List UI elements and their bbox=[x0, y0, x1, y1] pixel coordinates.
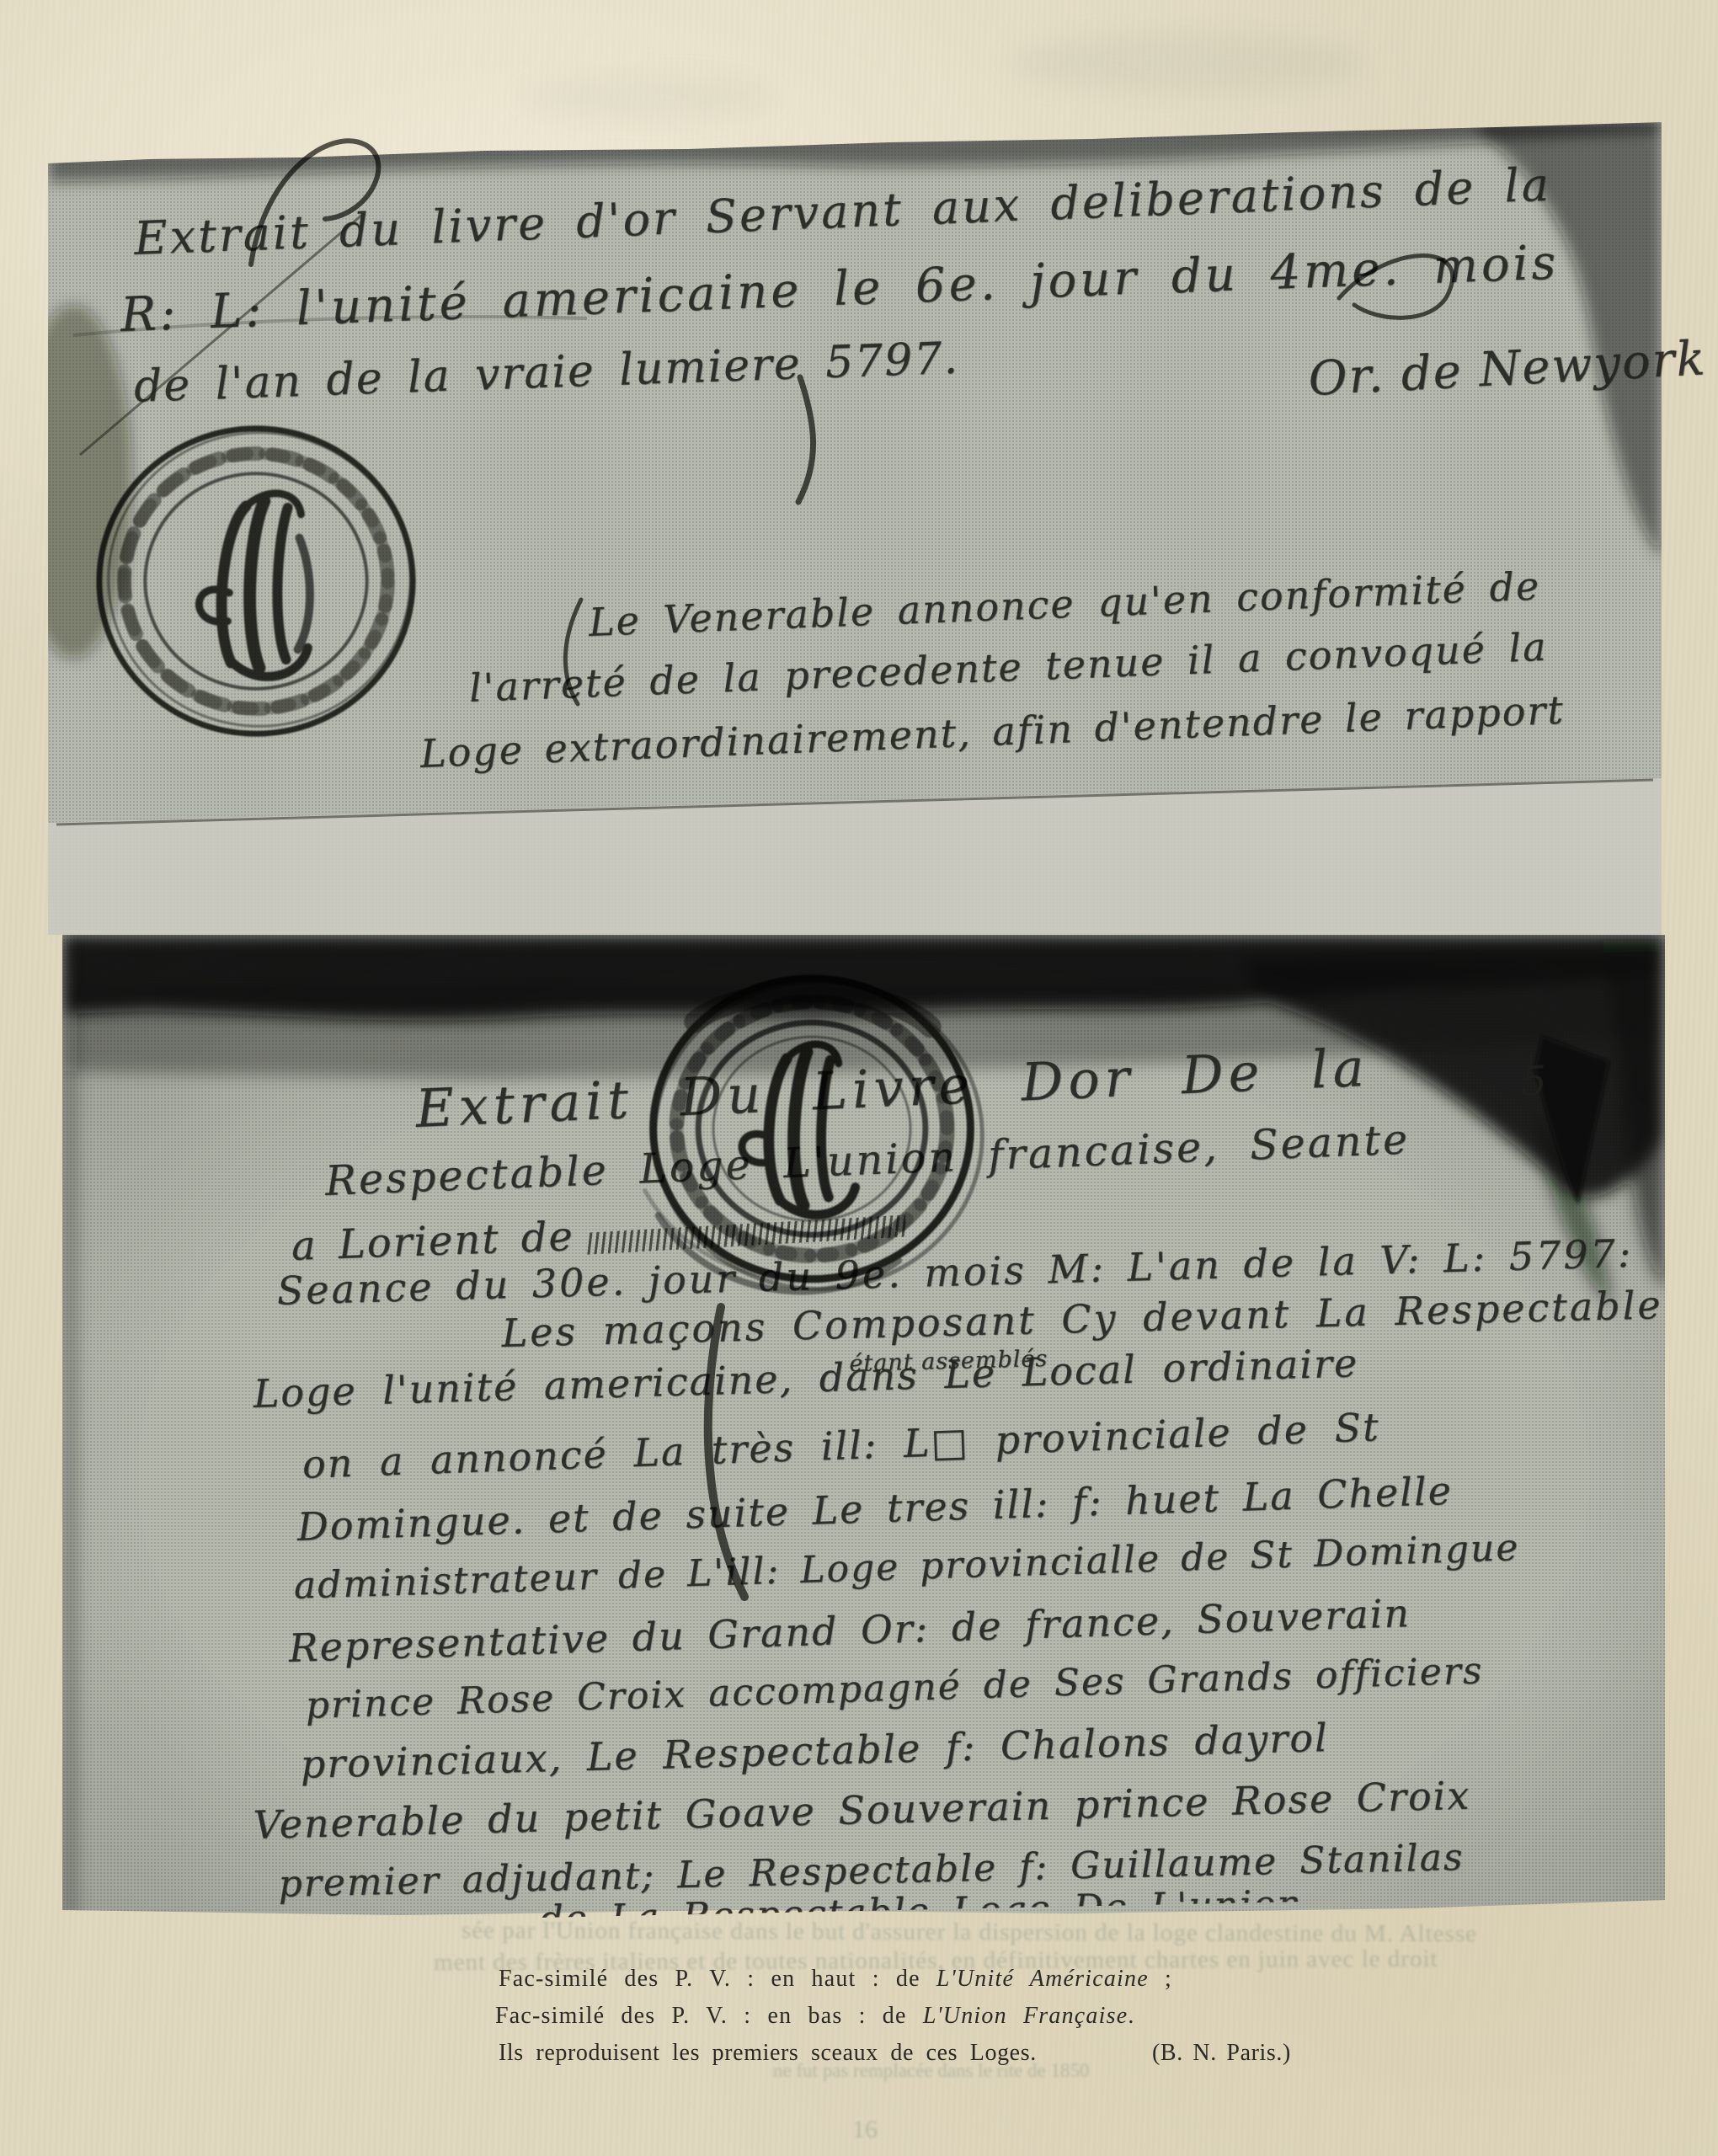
ghost-text-line: ment des frères italiens et de toutes na… bbox=[434, 1945, 1438, 1977]
caption-line-2-title: L'Union Française bbox=[923, 2003, 1128, 2029]
caption-line-1-title: L'Unité Américaine bbox=[936, 1966, 1149, 1992]
caption-line-3: Ils reproduisent les premiers sceaux de … bbox=[499, 2041, 1037, 2065]
caption-line-1: Fac-similé des P. V. : en haut : de L'Un… bbox=[499, 1967, 1172, 1991]
ghost-text-line: sée par l'Union française dans le but d'… bbox=[462, 1917, 1477, 1948]
paper-smudge bbox=[522, 76, 775, 118]
caption-line-1-text: Fac-similé des P. V. : en haut : de bbox=[499, 1966, 936, 1992]
photo-top-shading bbox=[48, 120, 1662, 935]
caption-line-1-suffix: ; bbox=[1149, 1966, 1172, 1992]
facsimile-photo-bottom bbox=[62, 935, 1665, 1919]
caption-line-2-text: Fac-similé des P. V. : en bas : de bbox=[495, 2003, 923, 2029]
photo-bottom-shading bbox=[62, 935, 1665, 1919]
caption-line-2: Fac-similé des P. V. : en bas : de L'Uni… bbox=[495, 2004, 1135, 2028]
caption-credit: (B. N. Paris.) bbox=[1152, 2041, 1291, 2065]
caption-line-2-suffix: . bbox=[1128, 2003, 1134, 2029]
ghost-text-line: 16 bbox=[852, 2116, 878, 2144]
ghost-text-line: ne fut pas remplacée dans le rite de 185… bbox=[773, 2060, 1090, 2082]
facsimile-photo-top bbox=[48, 120, 1662, 935]
paper-smudge bbox=[1011, 34, 1364, 93]
manuscript-page-number: 5 bbox=[1520, 1057, 1548, 1106]
